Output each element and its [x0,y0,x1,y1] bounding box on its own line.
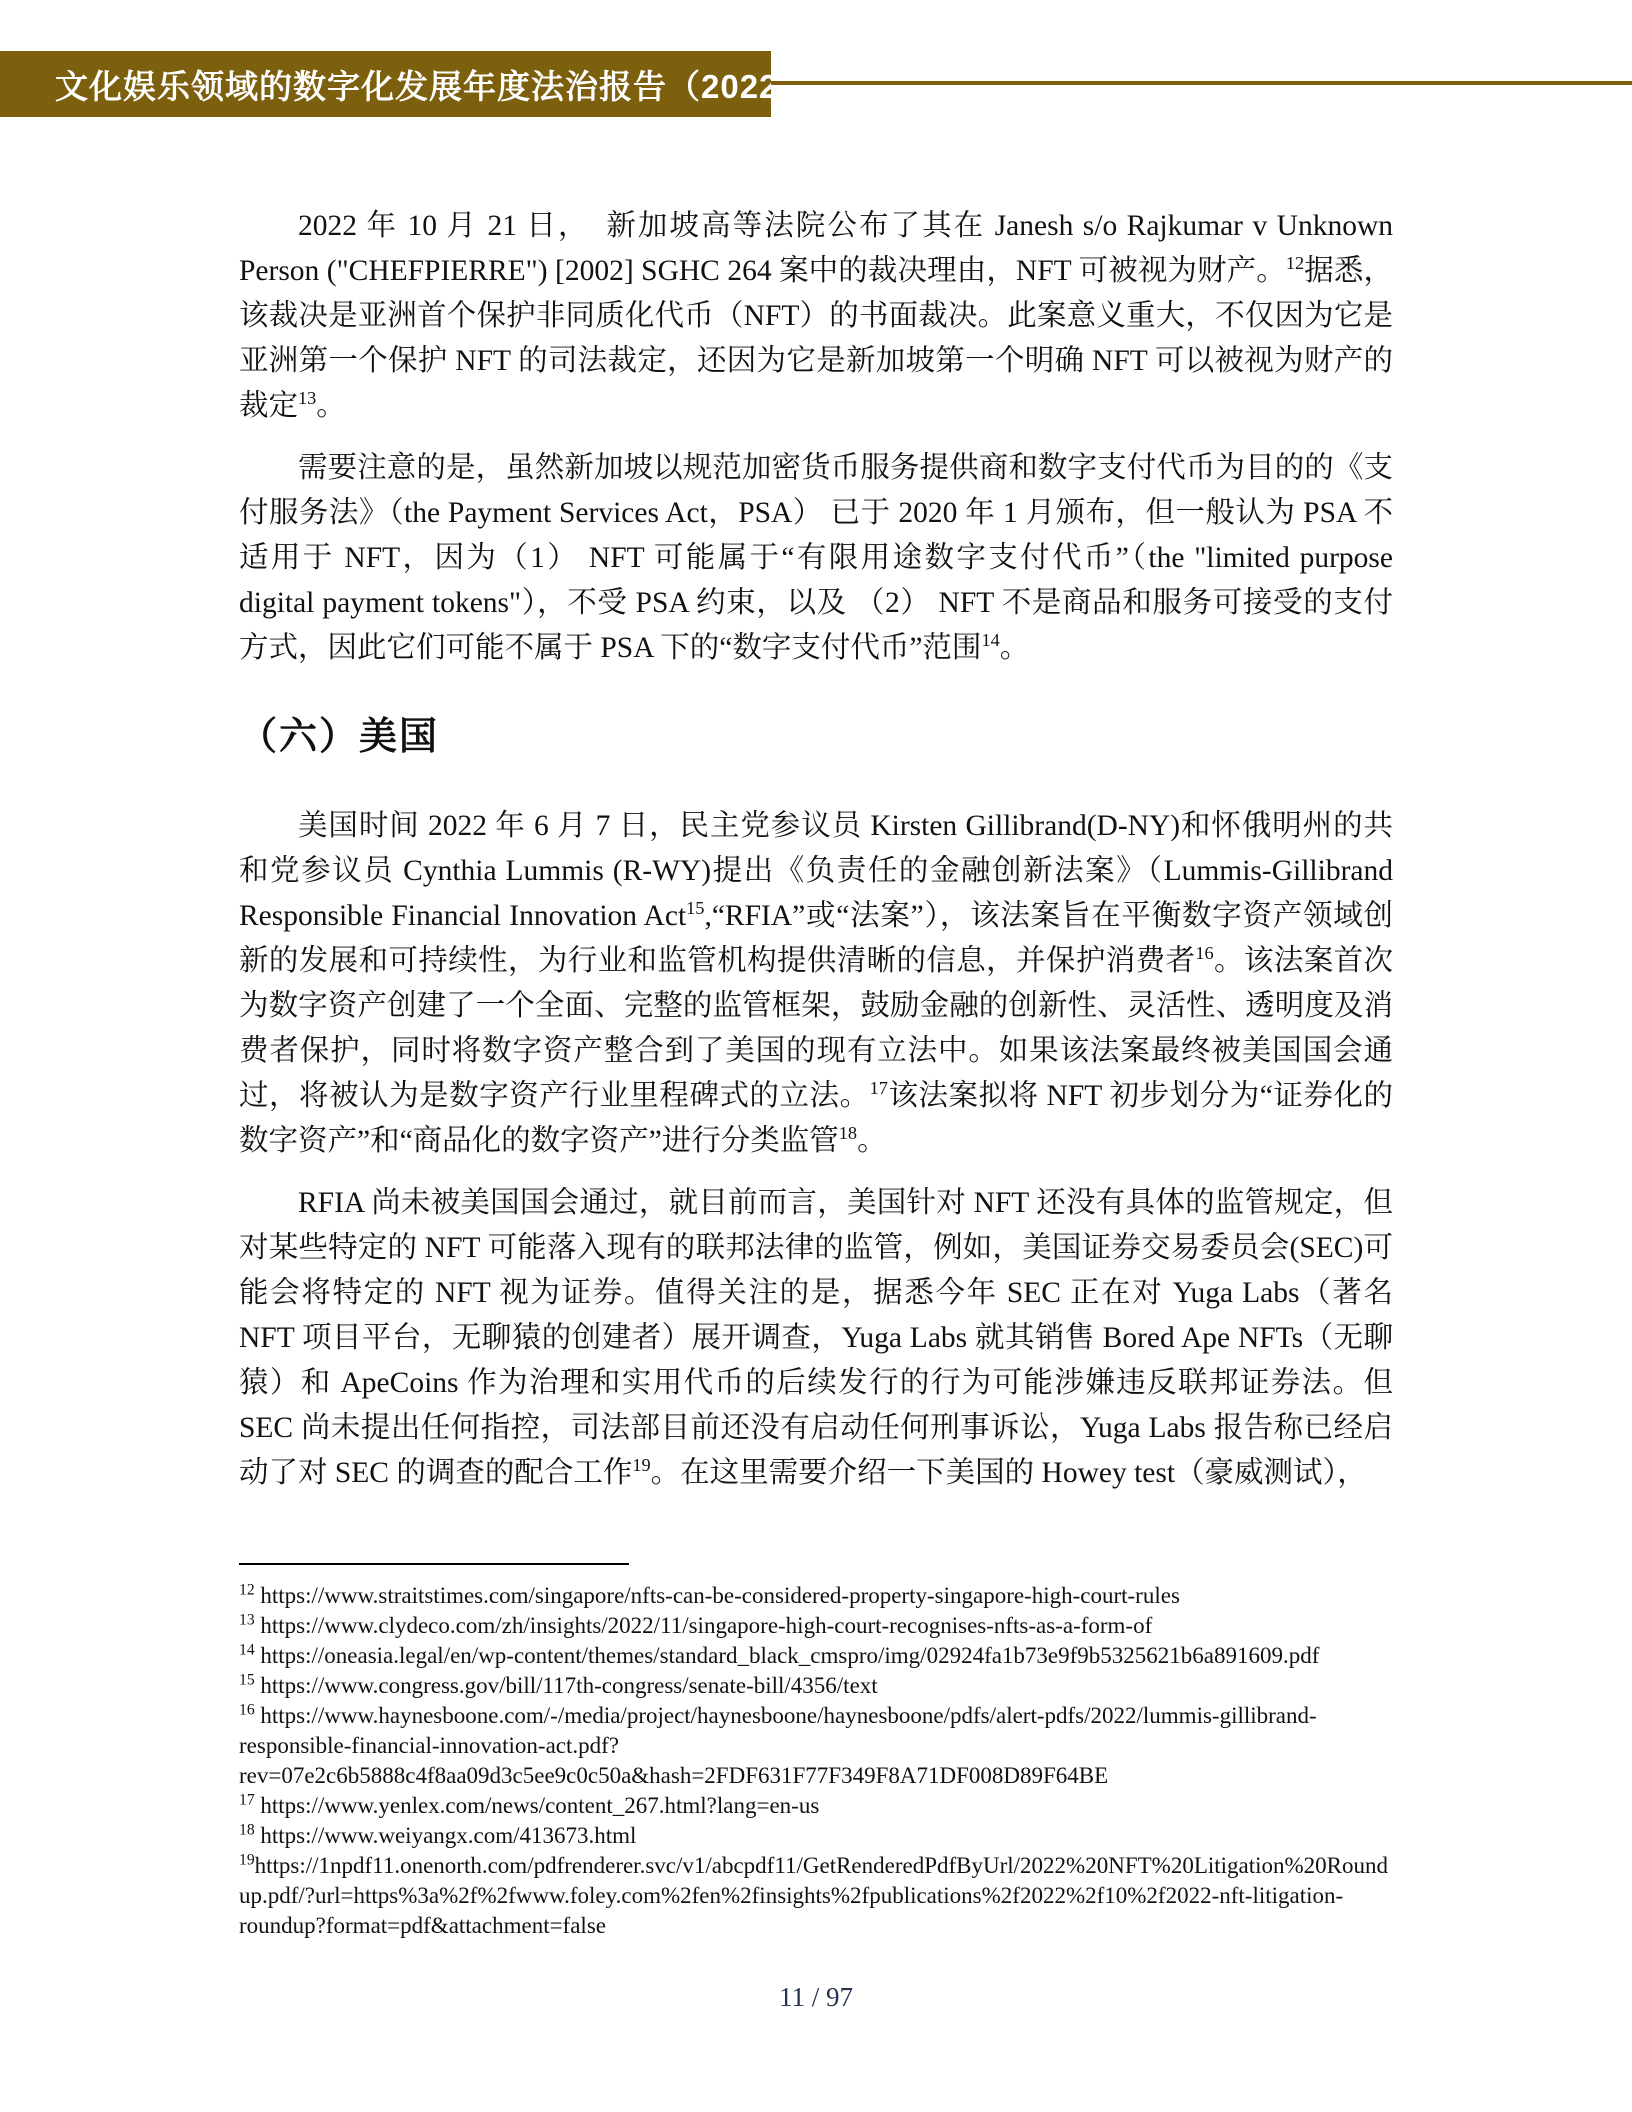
footnote-ref: 16 [1195,943,1213,963]
body-paragraph: 需要注意的是，虽然新加坡以规范加密货币服务提供商和数字支付代币为目的的《支付服务… [239,446,1393,671]
paragraph-text: 。 [1000,632,1030,664]
paragraph-text: 。 [857,1125,887,1157]
footnote-item: 12 https://www.straitstimes.com/singapor… [239,1581,1393,1611]
footnote-item: 15 https://www.congress.gov/bill/117th-c… [239,1671,1393,1701]
footnote-number: 18 [239,1821,255,1838]
footnote-ref: 19 [632,1455,650,1475]
footnote-ref: 12 [1286,253,1304,273]
body-paragraph: RFIA 尚未被美国国会通过，就目前而言，美国针对 NFT 还没有具体的监管规定… [239,1181,1393,1496]
header-rule [771,81,1632,85]
paragraph-text: RFIA 尚未被美国国会通过，就目前而言，美国针对 NFT 还没有具体的监管规定… [239,1187,1393,1489]
report-title: 文化娱乐领域的数字化发展年度法治报告（2022） [55,61,812,108]
footnote-item: 18 https://www.weiyangx.com/413673.html [239,1821,1393,1851]
footnote-item: 17 https://www.yenlex.com/news/content_2… [239,1791,1393,1821]
footnote-url: https://www.clydeco.com/zh/insights/2022… [255,1613,1153,1638]
footnote-url: https://www.weiyangx.com/413673.html [255,1823,637,1848]
footnote-number: 17 [239,1791,255,1808]
footnote-number: 13 [239,1611,255,1628]
footnotes-list: 12 https://www.straitstimes.com/singapor… [239,1581,1393,1941]
footnote-number: 12 [239,1581,255,1598]
footnote-number: 15 [239,1671,255,1688]
footnote-url: https://www.straitstimes.com/singapore/n… [255,1583,1180,1608]
footnote-ref: 18 [839,1123,857,1143]
footnote-item: 13 https://www.clydeco.com/zh/insights/2… [239,1611,1393,1641]
section-heading: （六）美国 [239,705,1393,760]
footnote-number: 14 [239,1641,255,1658]
body-paragraph: 美国时间 2022 年 6 月 7 日，民主党参议员 Kirsten Gilli… [239,804,1393,1164]
footnote-section: 12 https://www.straitstimes.com/singapor… [239,1563,1393,1941]
footnote-number: 19 [239,1851,255,1868]
footnote-url: https://oneasia.legal/en/wp-content/them… [255,1643,1320,1668]
footnote-ref: 17 [870,1078,888,1098]
document-blocks: 2022 年 10 月 21 日， 新加坡高等法院公布了其在 Janesh s/… [239,204,1393,1513]
footnote-ref: 13 [298,388,316,408]
paragraph-text: 2022 年 10 月 21 日， 新加坡高等法院公布了其在 Janesh s/… [239,210,1393,287]
footnote-item: 14 https://oneasia.legal/en/wp-content/t… [239,1641,1393,1671]
paragraph-text: 。在这里需要介绍一下美国的 Howey test（豪威测试）， [651,1457,1367,1489]
footnote-url: https://1npdf11.onenorth.com/pdfrenderer… [239,1853,1388,1938]
footnote-url: https://www.yenlex.com/news/content_267.… [255,1793,820,1818]
footnote-separator [239,1563,629,1565]
footnote-url: https://www.congress.gov/bill/117th-cong… [255,1673,878,1698]
header-bar: 文化娱乐领域的数字化发展年度法治报告（2022） [0,51,771,117]
footnote-ref: 14 [981,630,999,650]
page-number: 11 / 97 [0,1982,1632,2013]
footnote-number: 16 [239,1701,255,1718]
paragraph-text: 。 [316,390,346,422]
paragraph-text: 需要注意的是，虽然新加坡以规范加密货币服务提供商和数字支付代币为目的的《支付服务… [239,452,1393,664]
footnote-item: 19https://1npdf11.onenorth.com/pdfrender… [239,1851,1393,1941]
footnote-url: https://www.haynesboone.com/-/media/proj… [239,1703,1317,1788]
footnote-item: 16 https://www.haynesboone.com/-/media/p… [239,1701,1393,1791]
footnote-ref: 15 [686,898,704,918]
body-paragraph: 2022 年 10 月 21 日， 新加坡高等法院公布了其在 Janesh s/… [239,204,1393,429]
